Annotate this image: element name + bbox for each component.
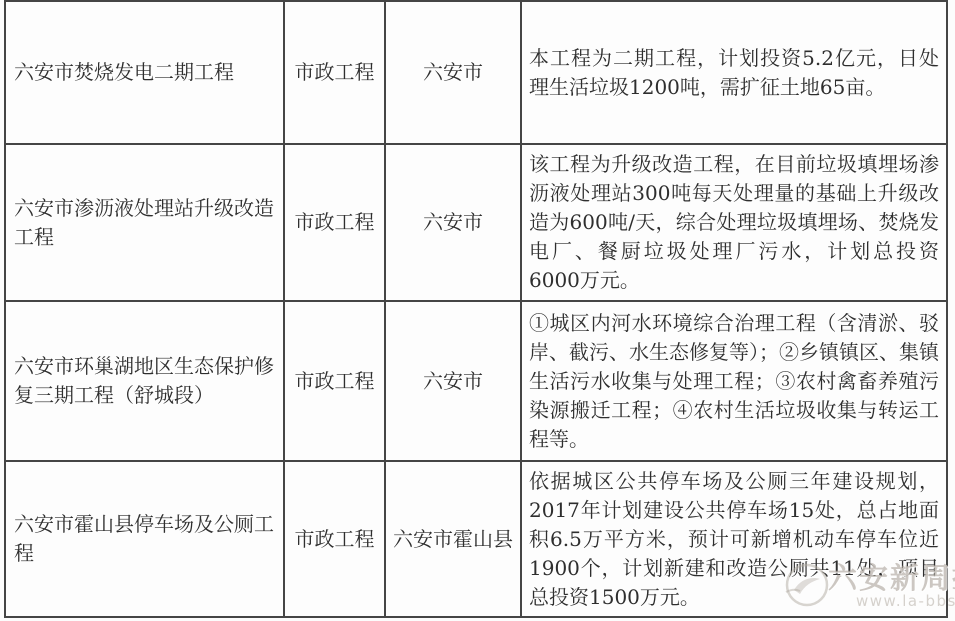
project-type-cell: 市政工程 bbox=[284, 144, 385, 301]
table-row: 六安市渗沥液处理站升级改造工程 市政工程 六安市 该工程为升级改造工程，在目前垃… bbox=[5, 144, 947, 301]
project-description-cell: 依据城区公共停车场及公厕三年建设规划，2017年计划建设公共停车场15处，总占地… bbox=[521, 461, 947, 617]
project-location-cell: 六安市 bbox=[385, 301, 521, 461]
project-name-cell: 六安市环巢湖地区生态保护修复三期工程（舒城段） bbox=[5, 301, 284, 461]
project-location-cell: 六安市 bbox=[385, 1, 521, 144]
project-name-cell: 六安市霍山县停车场及公厕工程 bbox=[5, 461, 284, 617]
project-type-cell: 市政工程 bbox=[284, 1, 385, 144]
project-location-cell: 六安市霍山县 bbox=[385, 461, 521, 617]
project-type-cell: 市政工程 bbox=[284, 461, 385, 617]
table-row: 六安市环巢湖地区生态保护修复三期工程（舒城段） 市政工程 六安市 ①城区内河水环… bbox=[5, 301, 947, 461]
project-location-cell: 六安市 bbox=[385, 144, 521, 301]
project-name-cell: 六安市渗沥液处理站升级改造工程 bbox=[5, 144, 284, 301]
project-type-cell: 市政工程 bbox=[284, 301, 385, 461]
table-row: 六安市霍山县停车场及公厕工程 市政工程 六安市霍山县 依据城区公共停车场及公厕三… bbox=[5, 461, 947, 617]
table-row: 六安市焚烧发电二期工程 市政工程 六安市 本工程为二期工程，计划投资5.2亿元，… bbox=[5, 1, 947, 144]
projects-table: 六安市焚烧发电二期工程 市政工程 六安市 本工程为二期工程，计划投资5.2亿元，… bbox=[4, 0, 948, 618]
projects-table-wrap: 六安市焚烧发电二期工程 市政工程 六安市 本工程为二期工程，计划投资5.2亿元，… bbox=[4, 0, 946, 616]
project-description-cell: 本工程为二期工程，计划投资5.2亿元，日处理生活垃圾1200吨，需扩征土地65亩… bbox=[521, 1, 947, 144]
project-description-cell: 该工程为升级改造工程，在目前垃圾填埋场渗沥液处理站300吨每天处理量的基础上升级… bbox=[521, 144, 947, 301]
project-name-cell: 六安市焚烧发电二期工程 bbox=[5, 1, 284, 144]
project-description-cell: ①城区内河水环境综合治理工程（含清淤、驳岸、截污、水生态修复等）；②乡镇镇区、集… bbox=[521, 301, 947, 461]
